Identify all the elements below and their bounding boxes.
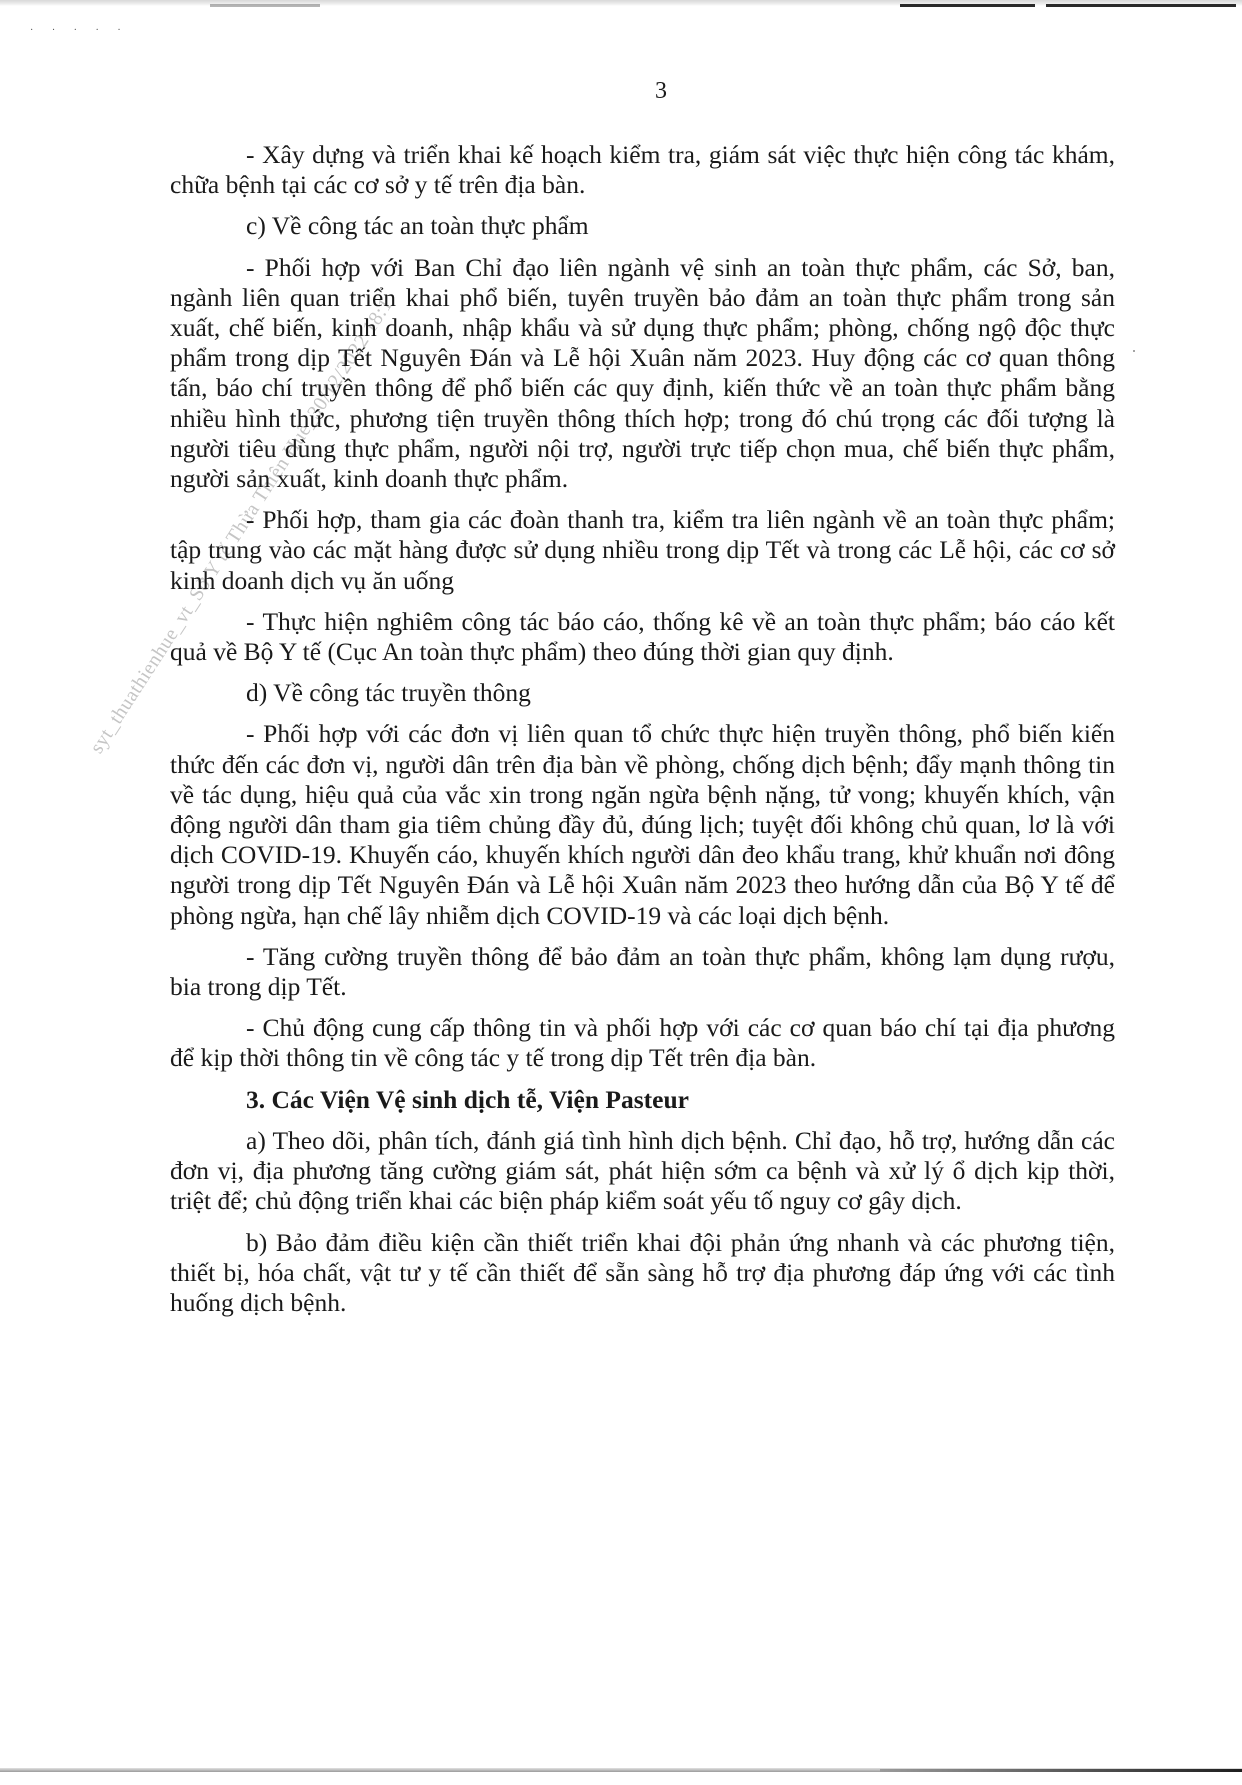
paragraph-rapid-response: b) Bảo đảm điều kiện cần thiết triển kha… <box>170 1228 1115 1319</box>
subheading-communication: d) Về công tác truyền thông <box>170 678 1115 708</box>
scan-border-top-shadow <box>1046 4 1236 7</box>
page-number: 3 <box>40 78 1242 105</box>
subheading-food-safety: c) Về công tác an toàn thực phẩm <box>170 211 1115 241</box>
paragraph-inspection-plan: - Xây dựng và triển khai kế hoạch kiểm t… <box>170 140 1115 200</box>
paragraph-reporting: - Thực hiện nghiêm công tác báo cáo, thố… <box>170 607 1115 667</box>
document-body: - Xây dựng và triển khai kế hoạch kiểm t… <box>170 140 1115 1329</box>
paragraph-communication-covid: - Phối hợp với các đơn vị liên quan tổ c… <box>170 719 1115 930</box>
scan-specks: · · · · · <box>30 25 129 36</box>
scan-border-top-shadow <box>900 4 1035 7</box>
paragraph-inspection-teams: - Phối hợp, tham gia các đoàn thanh tra,… <box>170 505 1115 596</box>
paragraph-alcohol-safety: - Tăng cường truyền thông để bảo đảm an … <box>170 942 1115 1002</box>
scan-speck <box>1133 350 1135 352</box>
scan-border-top-shadow <box>210 4 320 7</box>
section-heading-institutes: 3. Các Viện Vệ sinh dịch tễ, Viện Pasteu… <box>170 1085 1115 1115</box>
paragraph-epidemic-monitoring: a) Theo dõi, phân tích, đánh giá tình hì… <box>170 1126 1115 1217</box>
paragraph-food-safety-coordination: - Phối hợp với Ban Chỉ đạo liên ngành vệ… <box>170 253 1115 495</box>
paragraph-press-coordination: - Chủ động cung cấp thông tin và phối hợ… <box>170 1013 1115 1073</box>
scan-border-bottom-shadow <box>880 1769 1242 1772</box>
